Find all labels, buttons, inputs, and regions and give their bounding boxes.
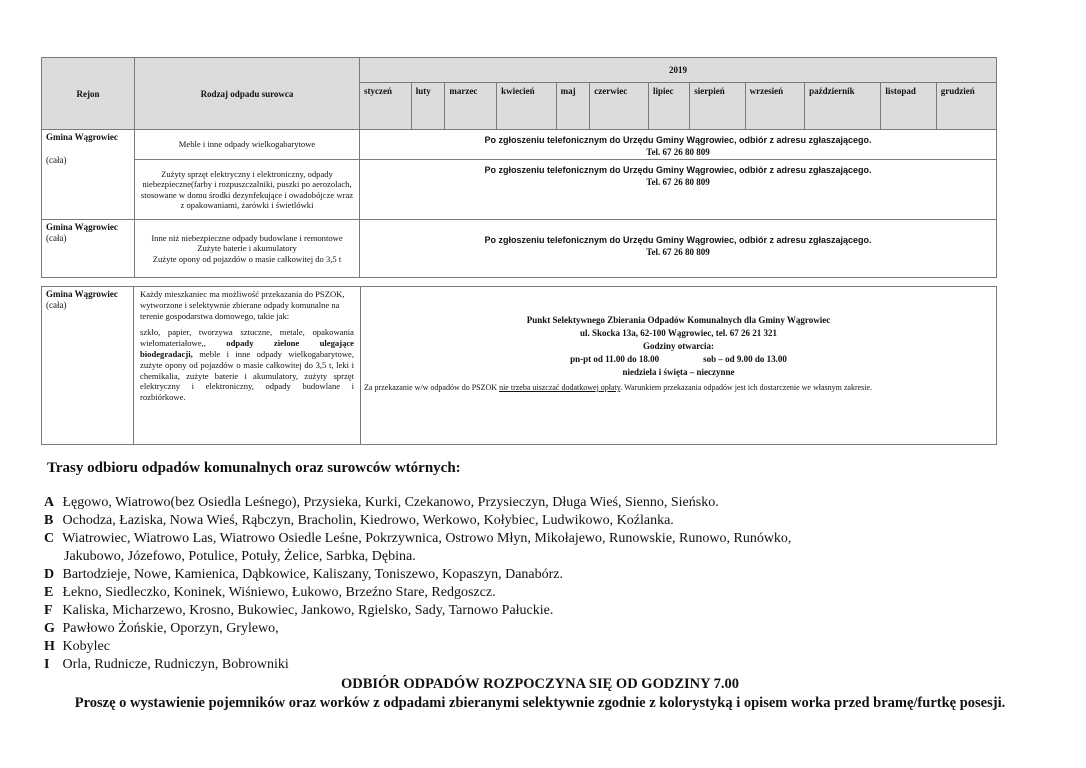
waste-type-cell: Zużyty sprzęt elektryczny i elektroniczn…	[135, 160, 360, 220]
pszok-waste-list: szkło, papier, tworzywa sztuczne, metale…	[140, 327, 354, 403]
route-places-continued: Jakubowo, Józefowo, Potulice, Potuły, Że…	[44, 548, 791, 566]
route-item: E Łekno, Siedleczko, Koninek, Wiśniewo, …	[44, 584, 791, 602]
table-row: Gmina Wągrowiec (cała) Meble i inne odpa…	[42, 130, 997, 160]
route-places: Ochodza, Łaziska, Nowa Wieś, Rąbczyn, Br…	[63, 513, 674, 528]
region-cell: Gmina Wągrowiec (cała)	[42, 287, 134, 445]
month-header: styczeń	[360, 83, 412, 130]
waste-line: Zużyte opony od pojazdów o masie całkowi…	[138, 254, 356, 265]
route-places: Bartodzieje, Nowe, Kamienica, Dąbkowice,…	[63, 567, 564, 582]
collection-start-time: ODBIÓR ODPADÓW ROZPOCZYNA SIĘ OD GODZINY…	[60, 675, 1020, 694]
pszok-description: Każdy mieszkaniec ma możliwość przekazan…	[134, 287, 361, 445]
info-text: Po zgłoszeniu telefonicznym do Urzędu Gm…	[361, 134, 995, 146]
route-letter: G	[44, 620, 59, 638]
pszok-hours-closed: niedziela i święta – nieczynne	[364, 366, 993, 379]
collection-info: Po zgłoszeniu telefonicznym do Urzędu Gm…	[360, 220, 997, 278]
pszok-hours-title: Godziny otwarcia:	[364, 340, 993, 353]
month-header: grudzień	[936, 83, 996, 130]
info-phone: Tel. 67 26 80 809	[361, 246, 995, 258]
region-cell: Gmina Wągrowiec (cała)	[42, 220, 135, 278]
waste-line: Inne niż niebezpieczne odpady budowlane …	[138, 233, 356, 244]
route-item: H Kobylec	[44, 638, 791, 656]
route-item: D Bartodzieje, Nowe, Kamienica, Dąbkowic…	[44, 566, 791, 584]
month-header: czerwiec	[590, 83, 649, 130]
hours-saturday: sob – od 9.00 do 13.00	[703, 354, 787, 364]
collection-info: Po zgłoszeniu telefonicznym do Urzędu Gm…	[360, 130, 997, 160]
waste-type-cell: Meble i inne odpady wielkogabarytowe	[135, 130, 360, 160]
route-letter: F	[44, 602, 59, 620]
footer-notice: ODBIÓR ODPADÓW ROZPOCZYNA SIĘ OD GODZINY…	[60, 675, 1020, 713]
pszok-note: Za przekazanie w/w odpadów do PSZOK nie …	[364, 383, 993, 393]
pszok-address: ul. Skocka 13a, 62-100 Wągrowiec, tel. 6…	[364, 327, 993, 340]
route-places: Kaliska, Micharzewo, Krosno, Bukowiec, J…	[63, 603, 554, 618]
header-region: Rejon	[42, 58, 135, 130]
info-phone: Tel. 67 26 80 809	[361, 146, 995, 158]
routes-list: A Łęgowo, Wiatrowo(bez Osiedla Leśnego),…	[44, 494, 791, 674]
route-item: G Pawłowo Żońskie, Oporzyn, Grylewo,	[44, 620, 791, 638]
hours-weekdays: pn-pt od 11.00 do 18.00	[570, 354, 659, 364]
pszok-hours: pn-pt od 11.00 do 18.00sob – od 9.00 do …	[364, 353, 993, 366]
note-text: Za przekazanie w/w odpadów do PSZOK	[364, 383, 499, 392]
routes-title: Trasy odbioru odpadów komunalnych oraz s…	[47, 460, 461, 477]
month-header: luty	[411, 83, 445, 130]
region-cell: Gmina Wągrowiec (cała)	[42, 130, 135, 220]
month-header: październik	[805, 83, 881, 130]
header-waste-type: Rodzaj odpadu surowca	[135, 58, 360, 130]
table-row: Zużyty sprzęt elektryczny i elektroniczn…	[42, 160, 997, 220]
route-item: B Ochodza, Łaziska, Nowa Wieś, Rąbczyn, …	[44, 512, 791, 530]
route-letter: E	[44, 584, 59, 602]
region-name: Gmina Wągrowiec	[46, 289, 129, 300]
month-header: wrzesień	[745, 83, 804, 130]
month-header: maj	[556, 83, 590, 130]
route-letter: C	[44, 530, 59, 548]
month-header: listopad	[881, 83, 936, 130]
pszok-intro: Każdy mieszkaniec ma możliwość przekazan…	[140, 289, 354, 321]
route-item: A Łęgowo, Wiatrowo(bez Osiedla Leśnego),…	[44, 494, 791, 512]
pszok-info: Punkt Selektywnego Zbierania Odpadów Kom…	[361, 287, 997, 445]
route-places: Orla, Rudnicze, Rudniczyn, Bobrowniki	[63, 657, 289, 672]
pszok-name: Punkt Selektywnego Zbierania Odpadów Kom…	[364, 314, 993, 327]
route-places: Łęgowo, Wiatrowo(bez Osiedla Leśnego), P…	[63, 495, 719, 510]
table-row: Gmina Wągrowiec (cała) Każdy mieszkaniec…	[42, 287, 997, 445]
waste-type-cell: Inne niż niebezpieczne odpady budowlane …	[135, 220, 360, 278]
note-underlined: nie trzeba uiszczać dodatkowej opłaty	[499, 383, 620, 392]
schedule-table: Rejon Rodzaj odpadu surowca 2019 styczeń…	[41, 57, 997, 278]
info-text: Po zgłoszeniu telefonicznym do Urzędu Gm…	[361, 234, 995, 246]
region-name: Gmina Wągrowiec	[46, 132, 130, 143]
region-name: Gmina Wągrowiec	[46, 222, 130, 233]
pszok-contact: Punkt Selektywnego Zbierania Odpadów Kom…	[364, 314, 993, 379]
route-item: F Kaliska, Micharzewo, Krosno, Bukowiec,…	[44, 602, 791, 620]
route-letter: D	[44, 566, 59, 584]
region-scope: (cała)	[46, 155, 66, 165]
month-header: marzec	[445, 83, 497, 130]
info-phone: Tel. 67 26 80 809	[361, 176, 995, 188]
route-places: Kobylec	[63, 639, 110, 654]
route-letter: B	[44, 512, 59, 530]
route-places: Wiatrowiec, Wiatrowo Las, Wiatrowo Osied…	[62, 531, 791, 546]
note-text: . Warunkiem przekazania odpadów jest ich…	[620, 383, 872, 392]
month-header: kwiecień	[497, 83, 556, 130]
route-item: I Orla, Rudnicze, Rudniczyn, Bobrowniki	[44, 656, 791, 674]
route-letter: I	[44, 656, 59, 674]
info-text: Po zgłoszeniu telefonicznym do Urzędu Gm…	[361, 164, 995, 176]
route-item: C Wiatrowiec, Wiatrowo Las, Wiatrowo Osi…	[44, 530, 791, 566]
collection-info: Po zgłoszeniu telefonicznym do Urzędu Gm…	[360, 160, 997, 220]
route-letter: A	[44, 494, 59, 512]
month-header: sierpień	[690, 83, 745, 130]
header-year: 2019	[360, 58, 997, 83]
waste-line: Zużyte baterie i akumulatory	[138, 243, 356, 254]
table-row: Gmina Wągrowiec (cała) Inne niż niebezpi…	[42, 220, 997, 278]
header-row: Rejon Rodzaj odpadu surowca 2019	[42, 58, 997, 83]
region-scope: (cała)	[46, 233, 66, 243]
placement-instruction: Proszę o wystawienie pojemników oraz wor…	[60, 694, 1020, 713]
route-places: Łekno, Siedleczko, Koninek, Wiśniewo, Łu…	[63, 585, 496, 600]
region-scope: (cała)	[46, 300, 66, 310]
route-letter: H	[44, 638, 59, 656]
pszok-table: Gmina Wągrowiec (cała) Każdy mieszkaniec…	[41, 286, 997, 445]
route-places: Pawłowo Żońskie, Oporzyn, Grylewo,	[63, 621, 279, 636]
month-header: lipiec	[649, 83, 690, 130]
